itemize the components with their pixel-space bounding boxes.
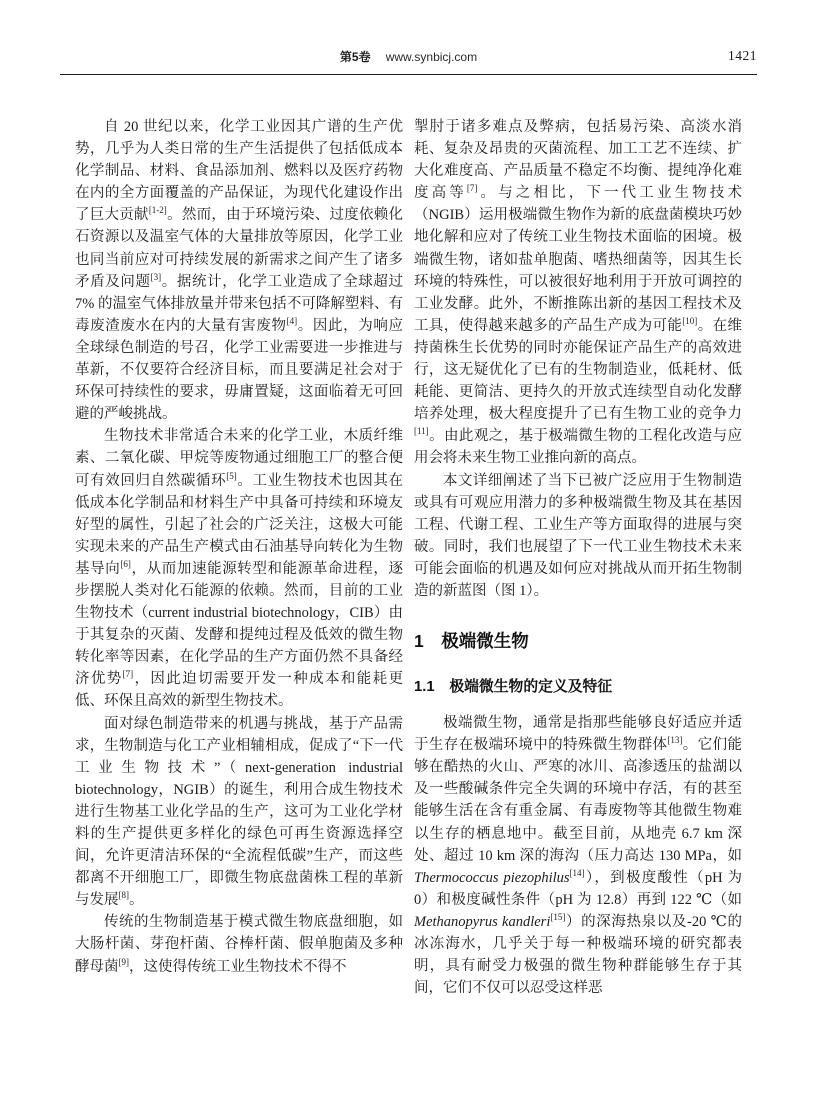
citation-ref: [7] <box>467 183 478 193</box>
citation-ref: [15] <box>550 912 565 922</box>
text-run: 。 <box>129 892 144 908</box>
citation-ref: [8] <box>119 890 130 900</box>
citation-ref: [7] <box>123 670 134 680</box>
species-name: Thermococcus piezophilus <box>414 870 570 886</box>
text-run: 。由此观之，基于极端微生物的工程化改造与应用会将未来生物工业推向新的高点。 <box>414 428 742 466</box>
text-run: 面对绿色制造带来的机遇与挑战，基于产品需求，生物制造与化工产业相辅相成，促成了“… <box>75 716 403 909</box>
species-name: Methanopyrus kandleri <box>414 914 550 930</box>
paragraph: 自 20 世纪以来，化学工业因其广谱的生产优势，几乎为人类日常的生产生活提供了包… <box>75 116 403 425</box>
page: 第5卷 www.synbicj.com 1421 自 20 世纪以来，化学工业因… <box>0 0 816 1100</box>
paragraph: 生物技术非常适合未来的化学工业，木质纤维素、二氧化碳、甲烷等废物通过细胞工厂的整… <box>75 425 403 712</box>
paragraph: 传统的生物制造基于模式微生物底盘细胞，如大肠杆菌、芽孢杆菌、谷棒杆菌、假单胞菌及… <box>75 911 403 977</box>
citation-ref: [11] <box>414 426 429 436</box>
paragraph: 极端微生物，通常是指那些能够良好适应并适于生存在极端环境中的特殊微生物群体[13… <box>414 712 742 999</box>
content-columns: 自 20 世纪以来，化学工业因其广谱的生产优势，几乎为人类日常的生产生活提供了包… <box>75 116 742 999</box>
volume-label: 第5卷 <box>340 50 371 64</box>
citation-ref: [13] <box>667 735 682 745</box>
text-run: 。与之相比，下一代工业生物技术（NGIB）运用极端微生物作为新的底盘菌模块巧妙地… <box>414 185 742 334</box>
citation-ref: [4] <box>287 316 298 326</box>
text-run: ，从而加速能源转型和能源革命进程，逐步摆脱人类对化石能源的依赖。然而，目前的工业… <box>75 561 403 687</box>
subsection-heading: 1.1 极端微生物的定义及特征 <box>414 675 742 696</box>
paragraph: 面对绿色制造带来的机遇与挑战，基于产品需求，生物制造与化工产业相辅相成，促成了“… <box>75 713 403 912</box>
header-rule <box>60 74 757 75</box>
section-heading: 1 极端微生物 <box>414 628 742 653</box>
citation-ref: [1-2] <box>149 206 167 216</box>
left-column: 自 20 世纪以来，化学工业因其广谱的生产优势，几乎为人类日常的生产生活提供了包… <box>75 116 403 999</box>
text-run: 本文详细阐述了当下已被广泛应用于生物制造或具有可观应用潜力的多种极端微生物及其在… <box>414 473 742 599</box>
running-head: 第5卷 www.synbicj.com <box>60 48 757 65</box>
page-number: 1421 <box>728 48 757 64</box>
page-header: 第5卷 www.synbicj.com 1421 <box>60 48 757 68</box>
text-run: ，这使得传统工业生物技术不得不 <box>129 959 347 975</box>
journal-website: www.synbicj.com <box>386 50 477 64</box>
paragraph: 掣肘于诸多难点及弊病，包括易污染、高淡水消耗、复杂及昂贵的灭菌流程、加工工艺不连… <box>414 116 742 470</box>
text-run: 。它们能够在酷热的火山、严寒的冰川、高渗透压的盐湖以及一些酸碱条件完全失调的环境… <box>414 737 742 863</box>
citation-ref: [14] <box>570 868 585 878</box>
citation-ref: [3] <box>151 272 162 282</box>
citation-ref: [9] <box>119 957 130 967</box>
citation-ref: [6] <box>120 559 131 569</box>
citation-ref: [5] <box>226 471 237 481</box>
right-column: 掣肘于诸多难点及弊病，包括易污染、高淡水消耗、复杂及昂贵的灭菌流程、加工工艺不连… <box>414 116 742 999</box>
paragraph: 本文详细阐述了当下已被广泛应用于生物制造或具有可观应用潜力的多种极端微生物及其在… <box>414 470 742 603</box>
citation-ref: [10] <box>682 316 697 326</box>
